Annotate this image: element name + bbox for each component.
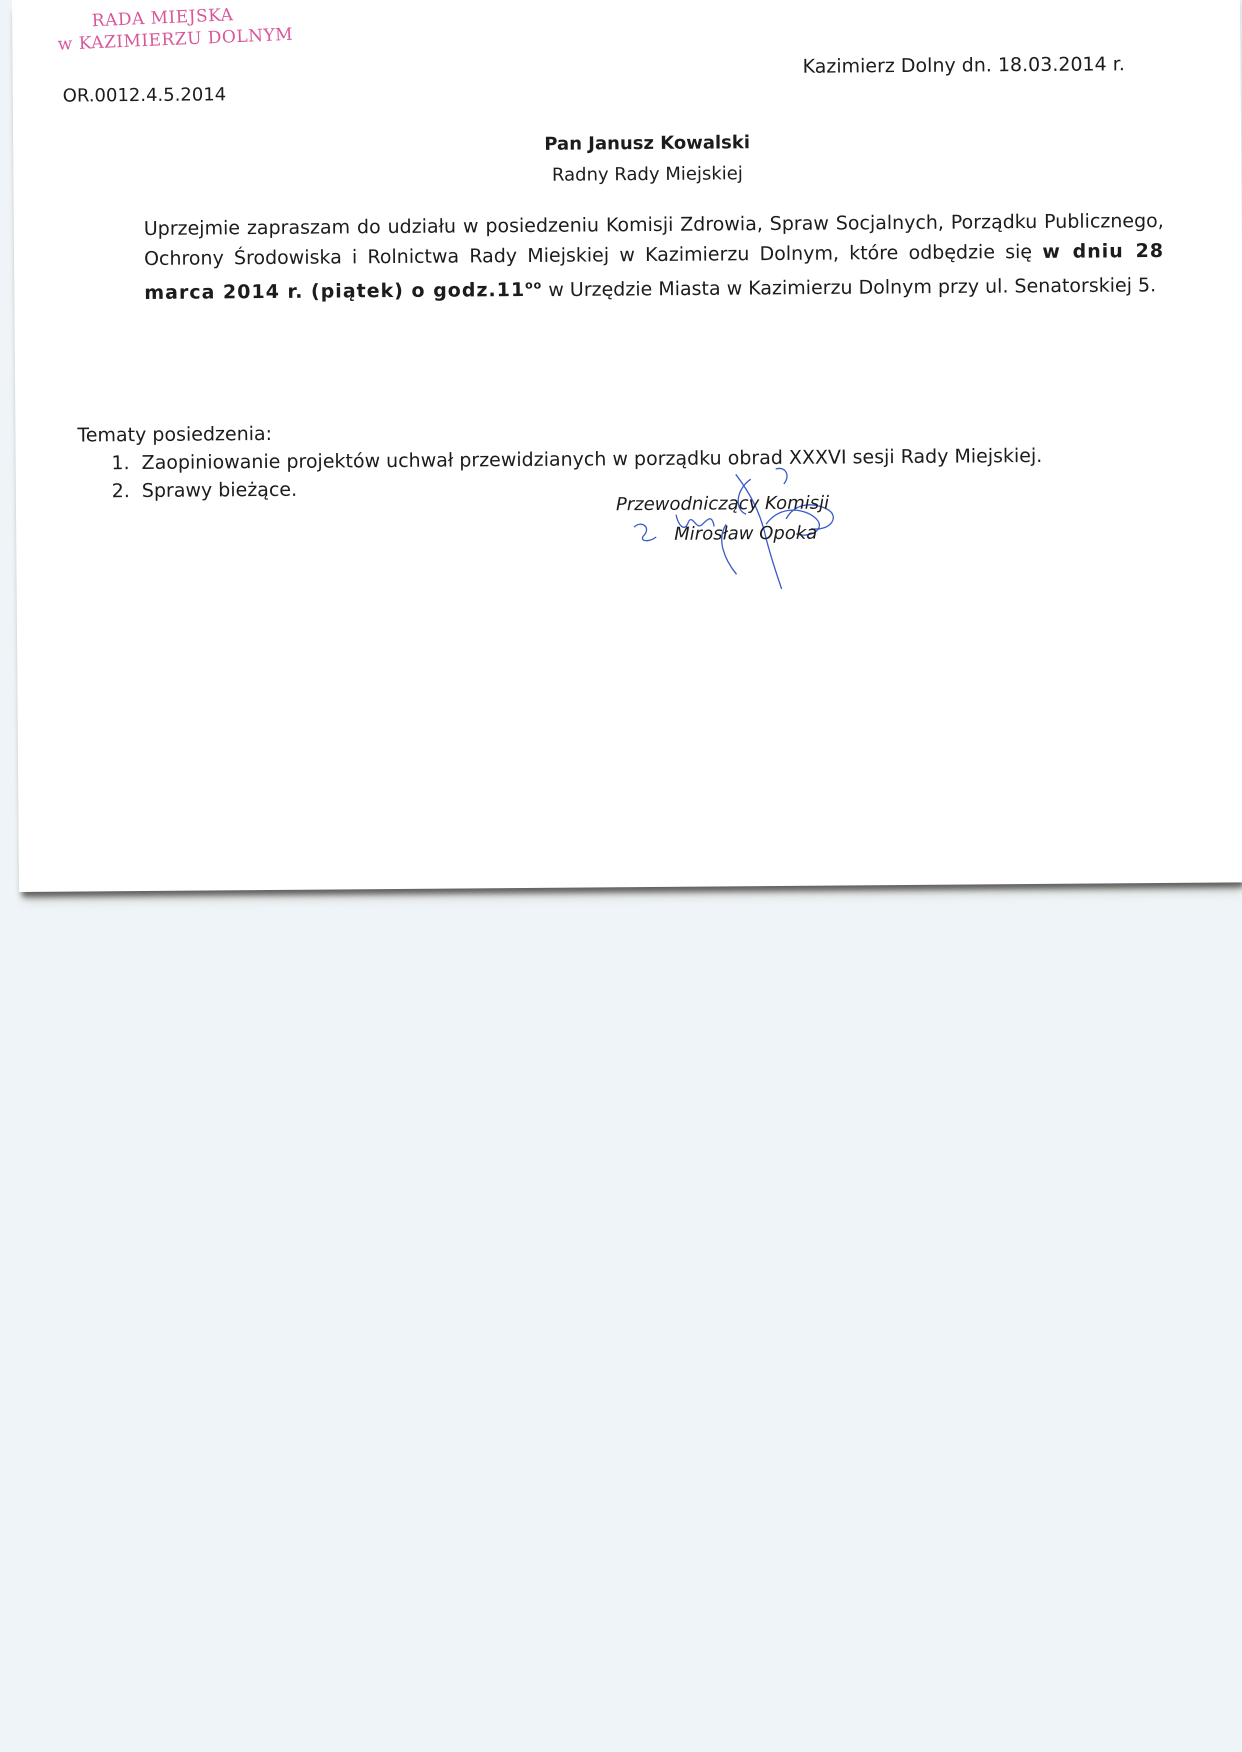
- signatory-role: Przewodniczący Komisji: [616, 489, 829, 521]
- reference-number: OR.0012.4.5.2014: [63, 84, 227, 106]
- meeting-topics: Tematy posiedzenia: Zaopiniowanie projek…: [77, 414, 1042, 506]
- place-date: Kazimierz Dolny dn. 18.03.2014 r.: [802, 53, 1124, 78]
- document-page: RADA MIEJSKA w KAZIMIERZU DOLNYM OR.0012…: [12, 0, 1242, 892]
- invitation-paragraph: Uprzejmie zapraszam do udziału w posiedz…: [64, 206, 1165, 309]
- topic-item: Sprawy bieżące.: [136, 470, 1043, 505]
- signature-block: Przewodniczący Komisji Mirosław Opoka: [616, 489, 830, 551]
- invitation-body: Uprzejmie zapraszam do udziału w posiedz…: [64, 206, 1165, 309]
- body-text-part2: w Urzędzie Miasta w Kazimierzu Dolnym pr…: [542, 274, 1156, 301]
- council-stamp: RADA MIEJSKA w KAZIMIERZU DOLNYM: [56, 2, 293, 56]
- body-text-part1: Uprzejmie zapraszam do udziału w posiedz…: [144, 210, 1164, 270]
- signatory-name: Mirosław Opoka: [616, 519, 829, 551]
- topics-list: Zaopiniowanie projektów uchwał przewidzi…: [78, 442, 1043, 506]
- addressee: Pan Janusz Kowalski Radny Rady Miejskiej: [13, 123, 1241, 195]
